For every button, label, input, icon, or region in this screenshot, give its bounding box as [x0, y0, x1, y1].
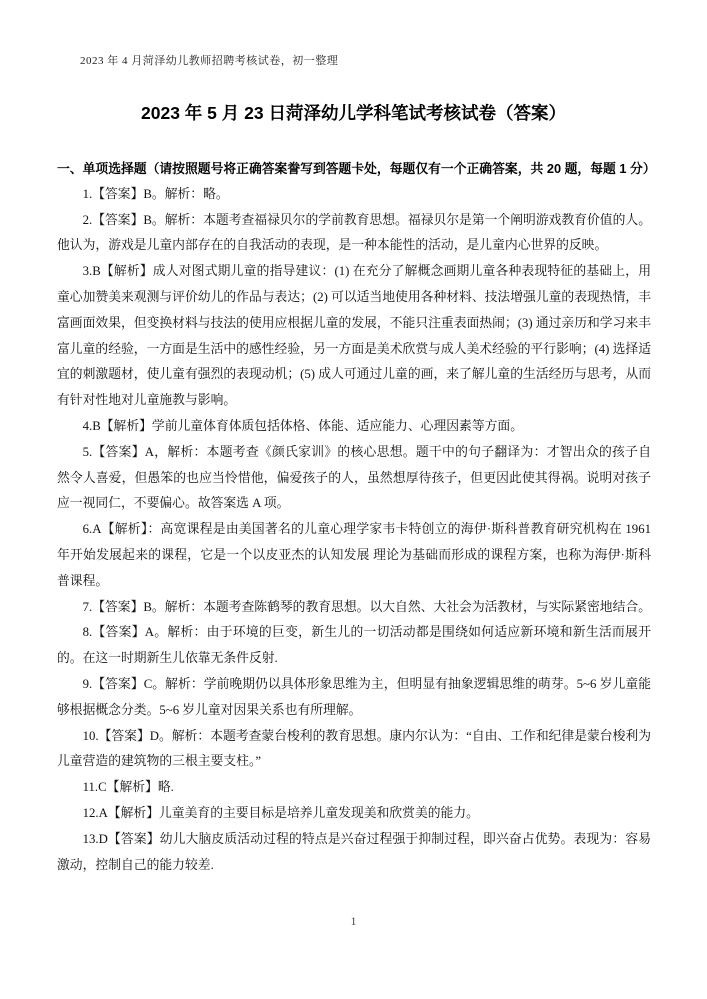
answer-item-3: 3.B【解析】成人对图式期儿童的指导建议：(1) 在充分了解概念画期儿童各种表现…	[57, 259, 651, 414]
document-body: 一、单项选择题（请按照题号将正确答案誊写到答题卡处，每题仅有一个正确答案，共 2…	[57, 156, 651, 878]
answer-item-8: 8.【答案】A。解析：由于环境的巨变，新生儿的一切活动都是围绕如何适应新环境和新…	[57, 620, 651, 672]
answer-item-6: 6.A【解析】：高宽课程是由美国著名的儿童心理学家韦卡特创立的海伊·斯科普教育研…	[57, 517, 651, 594]
page-title: 2023 年 5 月 23 日菏泽幼儿学科笔试考核试卷（答案）	[0, 100, 707, 125]
document-page: 2023 年 4 月菏泽幼儿教师招聘考核试卷，初一整理 2023 年 5 月 2…	[0, 0, 707, 999]
answer-item-9: 9.【答案】C。解析：学前晚期仍以具体形象思维为主，但明显有抽象逻辑思维的萌芽。…	[57, 672, 651, 724]
answer-item-4: 4.B【解析】学前儿童体育体质包括体格、体能、适应能力、心理因素等方面。	[57, 414, 651, 440]
answer-item-12: 12.A【解析】儿童美育的主要目标是培养儿童发现美和欣赏美的能力。	[57, 801, 651, 827]
page-number: 1	[0, 916, 707, 928]
answer-item-10: 10.【答案】D。解析：本题考查蒙台梭利的教育思想。康内尔认为：“自由、工作和纪…	[57, 724, 651, 776]
answer-item-2: 2.【答案】B。解析：本题考查福禄贝尔的学前教育思想。福禄贝尔是第一个阐明游戏教…	[57, 208, 651, 260]
header-note: 2023 年 4 月菏泽幼儿教师招聘考核试卷，初一整理	[80, 52, 338, 68]
answer-item-7: 7.【答案】B。解析：本题考查陈鹤琴的教育思想。以大自然、大社会为活教材，与实际…	[57, 595, 651, 621]
answer-item-11: 11.C【解析】略.	[57, 775, 651, 801]
answer-item-13: 13.D【答案】幼儿大脑皮质活动过程的特点是兴奋过程强于抑制过程，即兴奋占优势。…	[57, 827, 651, 879]
answer-item-5: 5.【答案】A，解析：本题考查《颜氏家训》的核心思想。题干中的句子翻译为：才智出…	[57, 440, 651, 517]
section-heading: 一、单项选择题（请按照题号将正确答案誊写到答题卡处，每题仅有一个正确答案，共 2…	[57, 156, 651, 182]
answer-item-1: 1.【答案】B。解析：略。	[57, 182, 651, 208]
